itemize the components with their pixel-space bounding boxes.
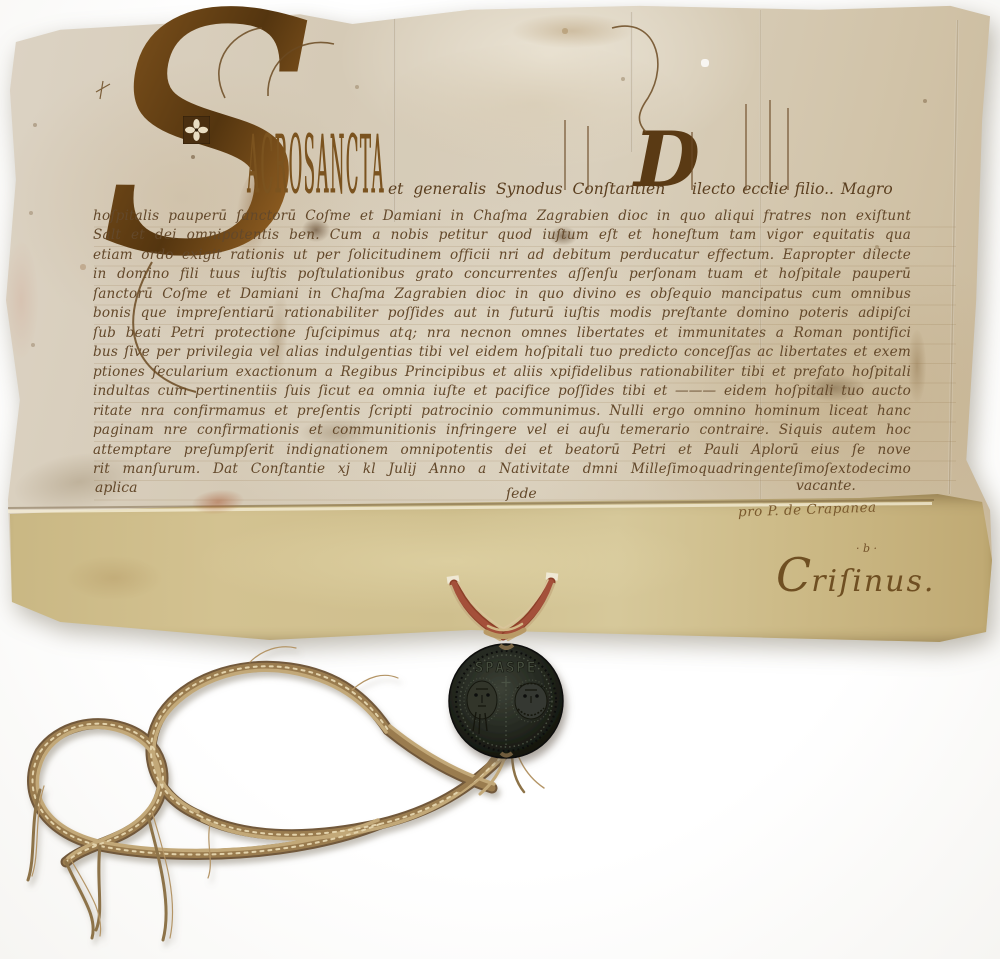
text-line: ptiones ſecularium exactionum a Regibus …	[93, 363, 911, 383]
fold-crease	[630, 12, 633, 152]
text-line: ſanctorū Coſme et Damiani in Chaſma Zagr…	[93, 285, 911, 305]
text-line: ritate nra confirmamus et preſentis ſcri…	[93, 402, 911, 422]
text-line: ſub beati Petri protectione ſuſcipimus a…	[93, 324, 911, 344]
surface-specks	[4, 4, 6, 6]
closing-word-aplica: aplica	[95, 480, 137, 496]
text-line: etiam ordo exigit rationis ut per ſolici…	[93, 246, 911, 266]
stain	[66, 556, 162, 600]
text-line: bus ſive per privilegia vel alias indulg…	[93, 343, 911, 363]
text-line: bonis que impreſentiarū rationabiliter p…	[93, 304, 911, 324]
heading-mid-text: et generalis Synodus Conſtantien	[388, 180, 665, 198]
text-line: paginam nre confirmationis et communitio…	[93, 421, 911, 441]
stain	[512, 14, 632, 48]
display-capitals-acrosancta: ACROSANCTA	[247, 119, 385, 212]
text-line: attemptare preſumpſerit indignationem om…	[93, 441, 911, 461]
text-line: rit manſurum. Dat Conſtantie xj kl Julij…	[93, 460, 911, 480]
text-line: Salt et dei omnipotentis ben. Cum a nobi…	[93, 226, 911, 246]
text-line: in domino fili tuus iuſtis poſtulationib…	[93, 265, 911, 285]
text-line: hoſpitalis pauperū ſanctorū Coſme et Dam…	[93, 207, 911, 227]
initial-d-dilecto: D	[634, 122, 700, 198]
photograph-of-charter: S ACROSANCTA et generalis Synodus Conſta…	[0, 0, 1000, 959]
closing-word-vacante: vacante.	[796, 478, 856, 494]
text-line: indultas cum pertinentiis ſuis ſicut ea …	[93, 382, 911, 402]
closing-word-sede: ſede	[506, 486, 537, 502]
stain	[4, 242, 38, 358]
quatrefoil-ornament	[183, 116, 210, 144]
heading-end-text: ilecto ecclie filio.. Magro	[692, 180, 893, 198]
scribe-signature: Criſinus.	[776, 548, 935, 602]
